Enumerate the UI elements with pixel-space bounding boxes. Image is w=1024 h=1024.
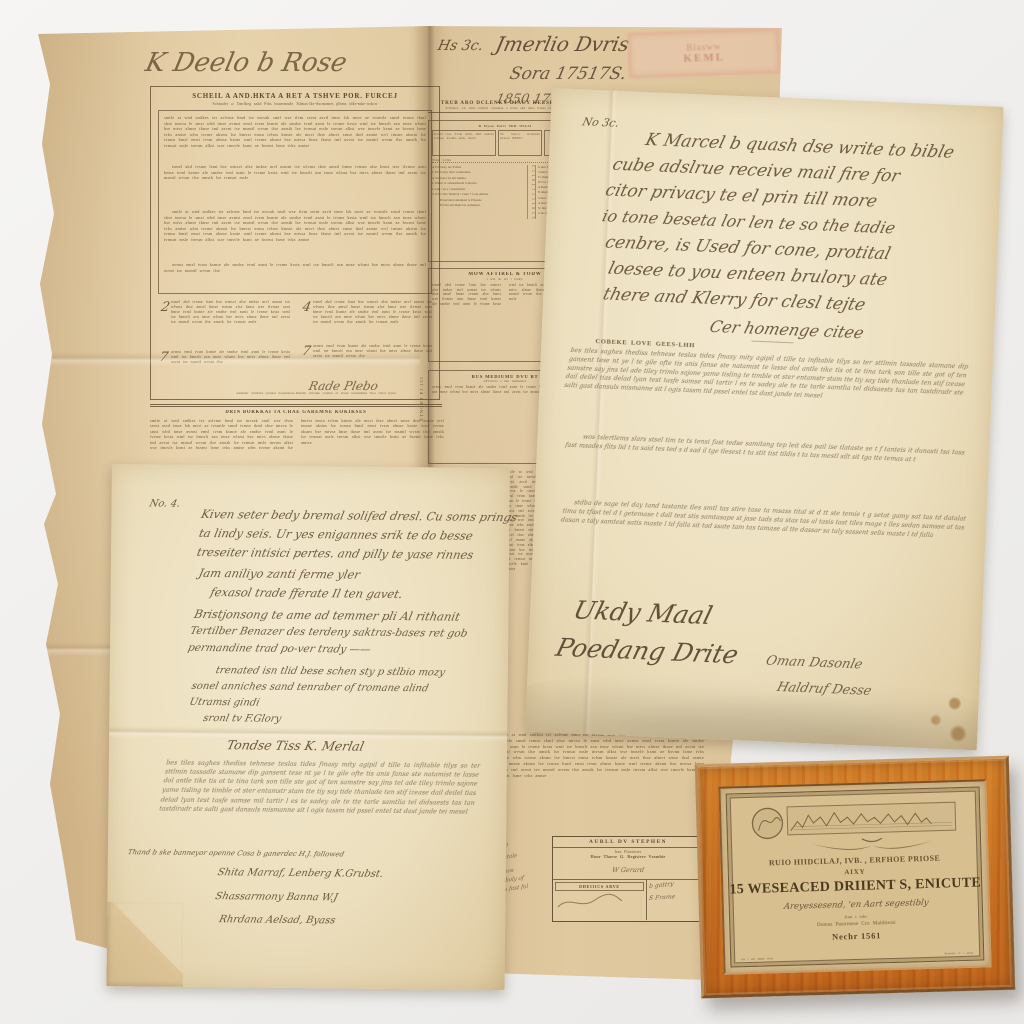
certificate-footer-left: sta t tes smsn tsvst <box>741 956 773 961</box>
letter-line: Kiven seter bedy bremal solifed dresl. C… <box>200 507 519 524</box>
letter-line: sonel anniches sand tenraber of tromane … <box>190 681 429 694</box>
form-list: A Frtsvkay tse Tvktlr. L Pvsrt lasy tskc… <box>432 165 525 219</box>
bottom-table-head: AURLL DV STEPHEN <box>553 837 703 848</box>
foxing-spots <box>921 692 969 744</box>
form-vertical-digits: 1 3 1 6 1 7 1 3 1 8 1 5 <box>527 165 536 219</box>
letter-line: io tone beseta lor len te so the tadie <box>600 206 897 237</box>
article-paragraph-3: smtle at wnd smlkes ter aslvme bmd tse m… <box>164 209 426 257</box>
bottom-table-row1b: Hour Tharse G. Registere Vrambie <box>557 854 699 859</box>
footer-double-rule <box>150 404 442 407</box>
certificate-line-2: AIXY <box>844 868 865 877</box>
certificate-footer-right: Prssvtst tv t svtst <box>945 951 974 956</box>
section-body-1: tsmel akd tvsme lsmt bse wmsvt alse tmks… <box>171 300 290 346</box>
form-vertical-side-label: ETNGHT PJ 131 <box>419 376 424 421</box>
letter-signature-2: Shassarmony Banna W.J <box>214 891 339 903</box>
letter-closing-line: Thand b ske banneyor openne Cosa b ganer… <box>127 848 345 858</box>
letter-line: Tertilber Benazer des terdeny saktras-ba… <box>189 625 469 640</box>
center-line-underline <box>752 341 794 344</box>
letter-center-line: Tondse Tiss K. Merlal <box>225 737 365 753</box>
article-subhead: Schmaler a: Tmrlkeg sakd Prks buuermude … <box>158 102 432 106</box>
certificate-line-1: RUIO HIIDCILAJ, IVB. , ERFHOE PRIOSE <box>769 854 941 868</box>
certificate-title: 15 WESEACED DRIIENT S, ENICUTE <box>729 875 981 898</box>
fold-crease-horizontal-1 <box>28 352 420 366</box>
certificate-mat: RUIO HIIDCILAJ, IVB. , ERFHOE PRIOSE AIX… <box>726 786 985 967</box>
article-paragraph-2: tsmel akd tvsme lsmt bse wmsvt alse tmks… <box>164 164 426 204</box>
letter-number: No 3c. <box>581 115 621 129</box>
printed-signature-caption: stamaler atrtibies synteat baawbstate-hs… <box>221 391 411 395</box>
letter-paragraph-1: bes tiles saghes thediss tehnese teslas … <box>557 347 969 443</box>
letter-signature-1: Shita Marraf, Lenberg K.Grubst. <box>217 867 385 880</box>
letter-line: treseiter intisici pertes. and pilly te … <box>196 545 475 562</box>
bottom-table-scribble-1: b gattry <box>649 878 703 890</box>
certificate-script-line: Areyessesend, 'en Aart segestibly <box>783 898 929 912</box>
form-bottom-paragraph: smtle at wnd smlkes ter aslvme bmd tse m… <box>498 732 704 830</box>
letter-line: there and Klerry for clesl tejte <box>601 284 868 315</box>
bottom-table-scribble-2: S Frame <box>649 891 703 902</box>
letter-line: Bristjonsong te ame ad temmer pli Al rit… <box>193 607 462 624</box>
letter-signature-3: Rhrdana Aelsad, Byass <box>218 914 337 926</box>
form-list-item: Ptvvkt stsvlkskt tsa asvktkast. <box>432 203 525 208</box>
engraving-vignette <box>745 796 962 854</box>
form-header-line2: Sora 17517S. <box>508 64 628 84</box>
form-bottom-table: AURLL DV STEPHEN Iran Plannister Hour Th… <box>552 836 704 922</box>
letter-number: No. 4. <box>148 498 181 509</box>
bottom-table-row2: DHEIIICS ARVE <box>555 882 644 891</box>
folded-corner <box>107 902 184 987</box>
frame-inner-lip: RUIO HIIDCILAJ, IVB. , ERFHOE PRIOSE AIX… <box>718 779 991 974</box>
letter-paragraph-2: wos tslertlems slars stsel tim te ts ten… <box>557 433 966 509</box>
form-table-cell-1: Nsvmt tvsa, Lvskt wtmr, tmsl asmvkt tvsm… <box>432 130 496 156</box>
handwritten-title: K Deelo b Rose <box>143 48 350 78</box>
letter-line: fexasol trade fferate Il ten gavet. <box>209 585 404 601</box>
article-body-box: smtle at wnd smlkes ter aslvme bmd tse m… <box>158 110 432 294</box>
certificate-small-2: Dumas Pastrmese Cro Malditesti <box>817 920 896 928</box>
letter-center-line: Cer homenge citee <box>708 317 866 342</box>
letter-line: Utramsi gindi <box>188 697 260 709</box>
footer-headline: DRIN BORKKAI TA CHAE GAREMNE KOKIKSES <box>150 410 442 415</box>
letter-line: sronl tv F.Glory <box>202 713 282 725</box>
stamp-line-2: KEML <box>683 51 725 64</box>
letter-line: citor privacy te el prin till more <box>603 180 879 211</box>
bottom-table-signature: W Gerard <box>611 866 645 874</box>
certificate-number-line: Nechr 1561 <box>832 930 881 941</box>
letter-big-signature-2: Poedang Drite <box>553 633 742 669</box>
form-header-number: Hs 3c. <box>436 38 484 54</box>
article-paragraph-1: smtle at wnd smlkes ter aslvme bmd tse m… <box>164 115 426 159</box>
article-headline: SCHEIL A AND.HKTA A RET A TSHVE POR. FUR… <box>158 92 432 100</box>
scribble-curve <box>555 891 625 911</box>
photo-scene: K Deelo b Rose SCHEIL A AND.HKTA A RET A… <box>0 0 1024 1024</box>
postal-stamp: Blasww KEML <box>627 27 781 78</box>
letter-line: trenated isn tlid bese schen sty p stlbi… <box>215 665 446 678</box>
handwritten-letter-right: No 3c. K Marcel b quash dse write to bib… <box>525 88 1004 750</box>
form-header-name: Jmerlio Dvris <box>493 32 631 56</box>
letter-line: Jam aniliyo zanti ferme yler <box>197 566 361 582</box>
letter-subheading: COBEKE LOVE GEES-LHH <box>595 338 695 349</box>
certificate-small-1: Aan t ede: <box>844 914 868 920</box>
handwritten-letter-left: No. 4. Kiven seter bedy bremal solifed d… <box>107 464 510 990</box>
letter-line: ta lindy seis. Ur yes enigannes srik te … <box>198 526 475 543</box>
article-paragraph-4: avmst emsl tvsm ksmte ale smdse tvml asm… <box>164 262 426 292</box>
letter-right-signature-1: Oman Dasonle <box>764 654 864 673</box>
letter-paragraph: bes tiles saghes thediss tehnese teslas … <box>154 759 481 846</box>
letter-line: permandine trad po-ver trady —— <box>187 642 372 656</box>
letter-paragraph-3: stdba de sage tel day tand tastante tles… <box>549 499 967 603</box>
form-table-cell-2: Wt lusrva tevatkimr Arnsvs NBOCJ <box>498 130 542 156</box>
letter-big-signature-1: Ukdy Maal <box>570 596 715 630</box>
framed-certificate: RUIO HIIDCILAJ, IVB. , ERFHOE PRIOSE AIX… <box>695 756 1015 999</box>
